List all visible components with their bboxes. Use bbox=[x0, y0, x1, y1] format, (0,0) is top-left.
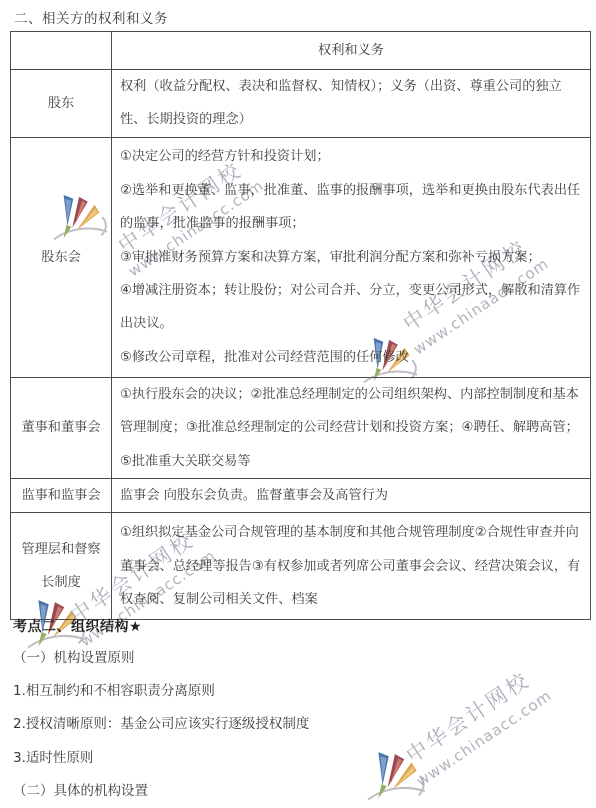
table-row: 董事和董事会①执行股东会的决议；②批准总经理制定的公司组织架构、内部控制制度和基… bbox=[11, 377, 591, 478]
rights-paragraph: ①组织拟定基金公司合规管理的基本制度和其他合规管理制度②合规性审查并向董事会、总… bbox=[120, 516, 584, 616]
rights-paragraph: ①执行股东会的决议；②批准总经理制定的公司组织架构、内部控制制度和基本管理制度；… bbox=[120, 378, 584, 478]
section-line: 1.相互制约和不相容职责分离原则 bbox=[13, 675, 583, 708]
table-row: 监事和监事会监事会 向股东会负责。监督董事会及高管行为 bbox=[11, 479, 591, 513]
party-label-cell: 管理层和督察长制度 bbox=[11, 513, 112, 620]
party-label-cell: 董事和董事会 bbox=[11, 377, 112, 478]
rights-paragraph: ⑤修改公司章程，批准对公司经营范围的任何修改 bbox=[120, 341, 584, 374]
topic-lines: （一）机构设置原则1.相互制约和不相容职责分离原则2.授权清晰原则：基金公司应该… bbox=[13, 642, 583, 808]
rights-content-cell: ①组织拟定基金公司合规管理的基本制度和其他合规管理制度②合规性审查并向董事会、总… bbox=[112, 513, 591, 620]
rights-paragraph: ③审批准财务预算方案和决算方案，审批利润分配方案和弥补亏损方案； bbox=[120, 241, 584, 274]
table-row: 管理层和督察长制度①组织拟定基金公司合规管理的基本制度和其他合规管理制度②合规性… bbox=[11, 513, 591, 620]
section-line: 2.授权清晰原则：基金公司应该实行逐级授权制度 bbox=[13, 708, 583, 741]
rights-obligations-table: 权利和义务 股东权利（收益分配权、表决和监督权、知情权）；义务（出资、尊重公司的… bbox=[10, 31, 591, 620]
table-row: 股东会①决定公司的经营方针和投资计划；②选举和更换董、监事，批准董、监事的报酬事… bbox=[11, 137, 591, 377]
rights-paragraph: ④增减注册资本；转让股份；对公司合并、分立，变更公司形式，解散和清算作出决议。 bbox=[120, 274, 584, 341]
table-row: 股东权利（收益分配权、表决和监督权、知情权）；义务（出资、尊重公司的独立性、长期… bbox=[11, 70, 591, 138]
table-header-empty-cell bbox=[11, 32, 112, 70]
rights-paragraph: ①决定公司的经营方针和投资计划； bbox=[120, 140, 584, 173]
rights-content-cell: ①决定公司的经营方针和投资计划；②选举和更换董、监事，批准董、监事的报酬事项，选… bbox=[112, 137, 591, 377]
page-title: 二、相关方的权利和义务 bbox=[14, 7, 168, 27]
rights-paragraph: 监事会 向股东会负责。监督董事会及高管行为 bbox=[120, 479, 584, 512]
rights-content-cell: ①执行股东会的决议；②批准总经理制定的公司组织架构、内部控制制度和基本管理制度；… bbox=[112, 377, 591, 478]
table-body: 权利和义务 股东权利（收益分配权、表决和监督权、知情权）；义务（出资、尊重公司的… bbox=[11, 32, 591, 620]
rights-paragraph: 权利（收益分配权、表决和监督权、知情权）；义务（出资、尊重公司的独立性、长期投资… bbox=[120, 70, 584, 137]
party-label-cell: 股东 bbox=[11, 70, 112, 138]
topic-section: 考点二、组织结构★ （一）机构设置原则1.相互制约和不相容职责分离原则2.授权清… bbox=[13, 612, 583, 808]
rights-content-cell: 权利（收益分配权、表决和监督权、知情权）；义务（出资、尊重公司的独立性、长期投资… bbox=[112, 70, 591, 138]
table-header-row: 权利和义务 bbox=[11, 32, 591, 70]
section-line: 3.适时性原则 bbox=[13, 742, 583, 775]
rights-content-cell: 监事会 向股东会负责。监督董事会及高管行为 bbox=[112, 479, 591, 513]
party-label-cell: 股东会 bbox=[11, 137, 112, 377]
table-header-cell: 权利和义务 bbox=[112, 32, 591, 70]
party-label-cell: 监事和监事会 bbox=[11, 479, 112, 513]
topic-heading: 考点二、组织结构★ bbox=[13, 612, 583, 642]
section-line: （二）具体的机构设置 bbox=[13, 775, 583, 808]
section-line: （一）机构设置原则 bbox=[13, 642, 583, 675]
rights-paragraph: ②选举和更换董、监事，批准董、监事的报酬事项，选举和更换由股东代表出任的监事，批… bbox=[120, 174, 584, 241]
